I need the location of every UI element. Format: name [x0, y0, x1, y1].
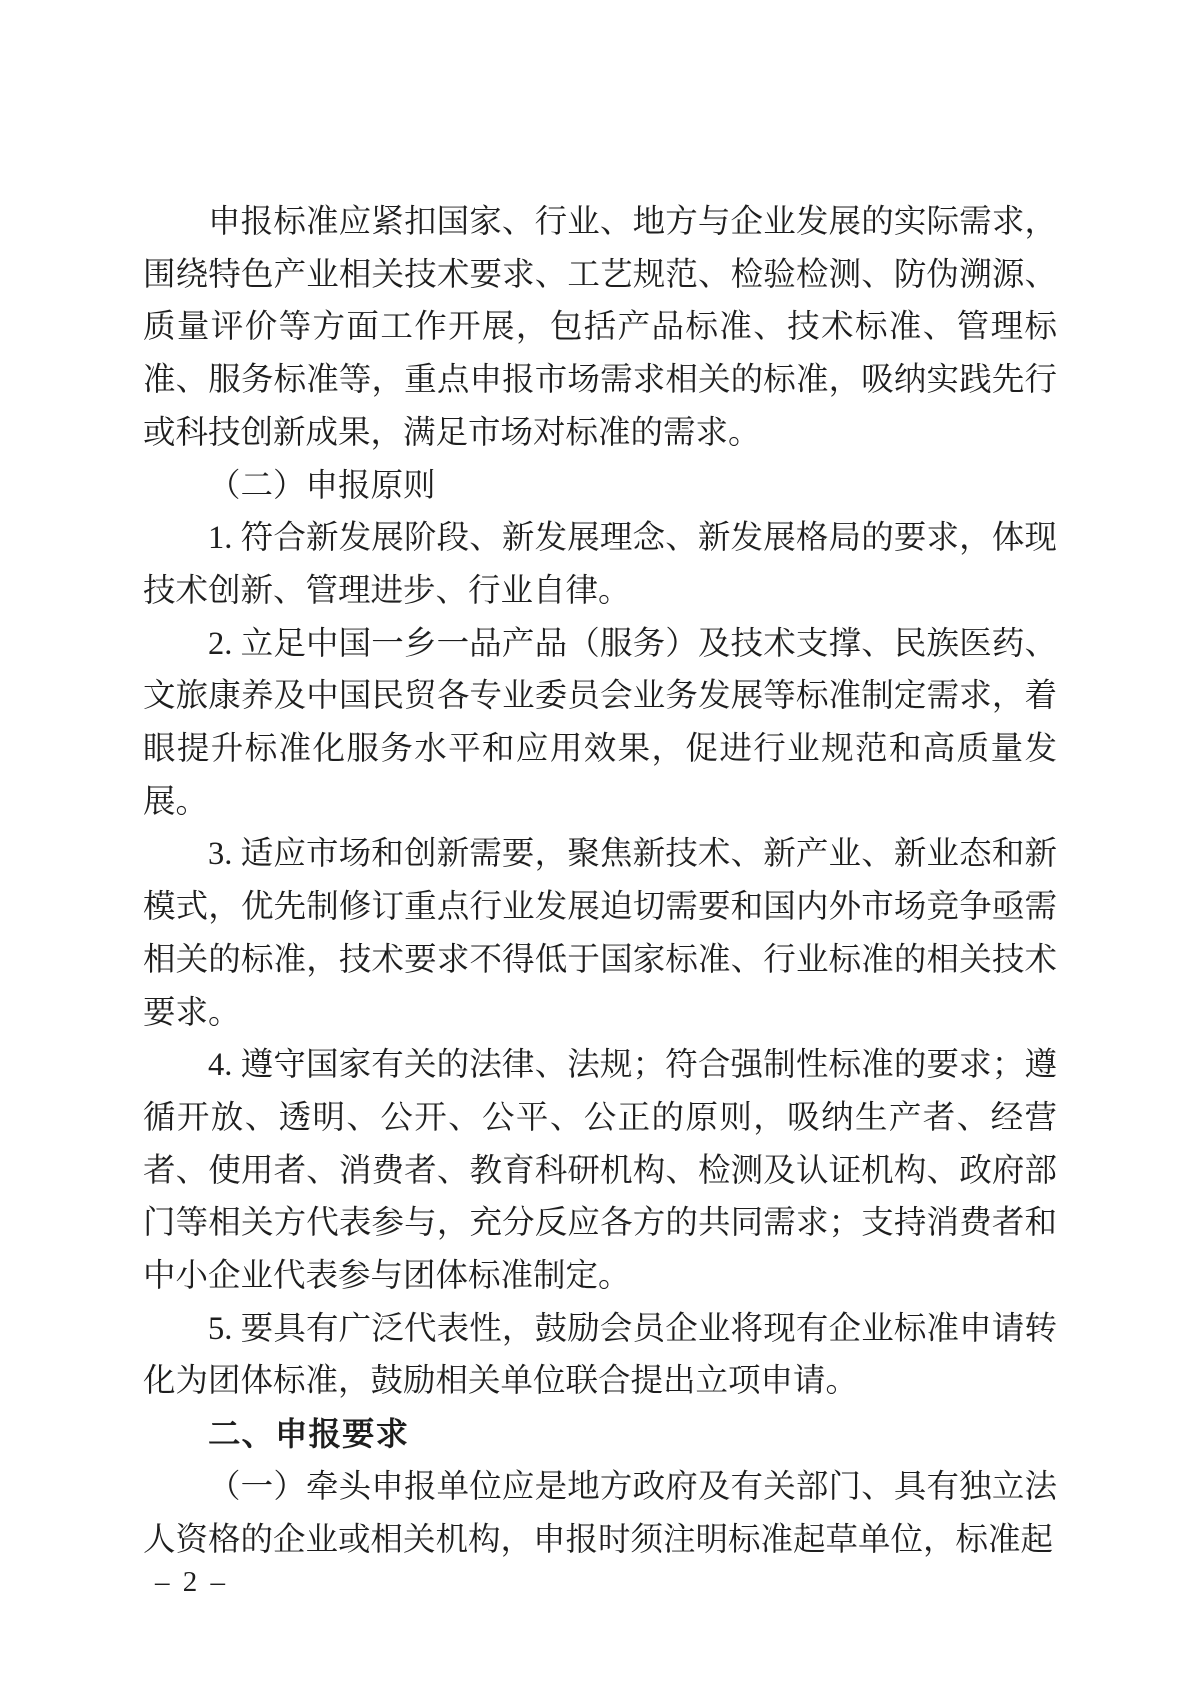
- page-number: – 2 –: [155, 1566, 228, 1599]
- document-body: 申报标准应紧扣国家、行业、地方与企业发展的实际需求，围绕特色产业相关技术要求、工…: [143, 196, 1057, 1566]
- body-paragraph: 申报标准应紧扣国家、行业、地方与企业发展的实际需求，围绕特色产业相关技术要求、工…: [143, 196, 1057, 460]
- subsection-heading: （二）申报原则: [143, 460, 1057, 513]
- body-paragraph: （一）牵头申报单位应是地方政府及有关部门、具有独立法人资格的企业或相关机构，申报…: [143, 1461, 1057, 1566]
- document-page: 申报标准应紧扣国家、行业、地方与企业发展的实际需求，围绕特色产业相关技术要求、工…: [0, 0, 1198, 1695]
- list-item-1: 1. 符合新发展阶段、新发展理念、新发展格局的要求，体现技术创新、管理进步、行业…: [143, 512, 1057, 617]
- list-item-3: 3. 适应市场和创新需要，聚焦新技术、新产业、新业态和新模式，优先制修订重点行业…: [143, 828, 1057, 1039]
- section-heading: 二、申报要求: [143, 1408, 1057, 1461]
- list-item-2: 2. 立足中国一乡一品产品（服务）及技术支撑、民族医药、文旅康养及中国民贸各专业…: [143, 618, 1057, 829]
- list-item-4: 4. 遵守国家有关的法律、法规；符合强制性标准的要求；遵循开放、透明、公开、公平…: [143, 1039, 1057, 1303]
- list-item-5: 5. 要具有广泛代表性，鼓励会员企业将现有企业标准申请转化为团体标准，鼓励相关单…: [143, 1303, 1057, 1408]
